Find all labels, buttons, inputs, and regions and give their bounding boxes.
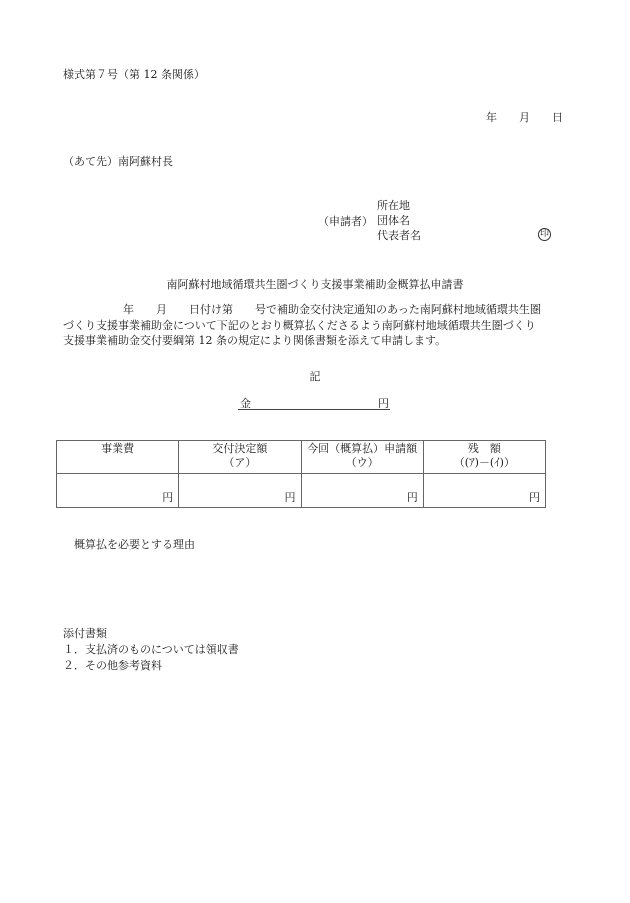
cell-remaining[interactable]: 円 — [423, 474, 545, 508]
applicant-address-label: 所在地 — [377, 198, 421, 213]
amount-suffix: 円 — [378, 395, 389, 411]
attachment-item: １．支払済のものについては領収書 — [63, 642, 239, 658]
attachment-item: ２．その他参考資料 — [63, 658, 239, 674]
attachments: 添付書類 １．支払済のものについては領収書 ２．その他参考資料 — [63, 626, 239, 674]
applicant-fields: 所在地 団体名 代表者名 — [377, 198, 421, 243]
date-month: 月 — [519, 109, 530, 125]
cell-grant-decision[interactable]: 円 — [179, 474, 301, 508]
amount-prefix: 金 — [240, 395, 251, 411]
table-header-row: 事業費 交付決定額（ア） 今回（概算払）申請額（ウ） 残 額（(ｱ)－(ｲ)） — [57, 441, 546, 474]
reason-label: 概算払を必要とする理由 — [74, 536, 195, 552]
applicant-label: （申請者） — [318, 213, 373, 229]
cell-current-request[interactable]: 円 — [301, 474, 423, 508]
date-line: 年月日 — [486, 109, 563, 125]
attachments-heading: 添付書類 — [63, 626, 239, 642]
body-month: 月 — [156, 302, 167, 318]
header-grant-decision: 交付決定額（ア） — [179, 441, 301, 474]
body-date-suffix: 日付け第 — [189, 302, 233, 318]
date-day: 日 — [552, 109, 563, 125]
form-number: 様式第７号（第 12 条関係） — [63, 66, 205, 82]
body-year: 年 — [123, 302, 134, 318]
header-current-request: 今回（概算払）申請額（ウ） — [301, 441, 423, 474]
header-project-cost: 事業費 — [57, 441, 179, 474]
body-line-1: 年月日付け第号で補助金交付決定通知のあった南阿蘇村地域循環共生圏 — [63, 302, 563, 318]
body-line-3: 支援事業補助金交付要綱第 12 条の規定により関係書類を添えて申請します。 — [63, 333, 563, 349]
cell-project-cost[interactable]: 円 — [57, 474, 179, 508]
header-remaining: 残 額（(ｱ)－(ｲ)） — [423, 441, 545, 474]
addressee: （あて先）南阿蘇村長 — [63, 153, 173, 169]
body-line-2: づくり支援事業補助金について下記のとおり概算払くださるよう南阿蘇村地域循環共生圏… — [63, 318, 563, 334]
applicant-representative-label: 代表者名 — [377, 228, 421, 243]
amount-line: 金 円 — [238, 394, 390, 410]
amount-table: 事業費 交付決定額（ア） 今回（概算払）申請額（ウ） 残 額（(ｱ)－(ｲ)） … — [56, 440, 546, 508]
document-title: 南阿蘇村地域循環共生圏づくり支援事業補助金概算払申請書 — [0, 276, 630, 292]
applicant-organization-label: 団体名 — [377, 213, 421, 228]
date-year: 年 — [486, 109, 497, 125]
body-text-1: 号で補助金交付決定通知のあった南阿蘇村地域循環共生圏 — [255, 302, 541, 318]
ki-heading: 記 — [0, 368, 630, 384]
body-paragraph: 年月日付け第号で補助金交付決定通知のあった南阿蘇村地域循環共生圏 づくり支援事業… — [63, 302, 563, 349]
table-row: 円 円 円 円 — [57, 474, 546, 508]
seal-icon: 印 — [538, 228, 551, 241]
